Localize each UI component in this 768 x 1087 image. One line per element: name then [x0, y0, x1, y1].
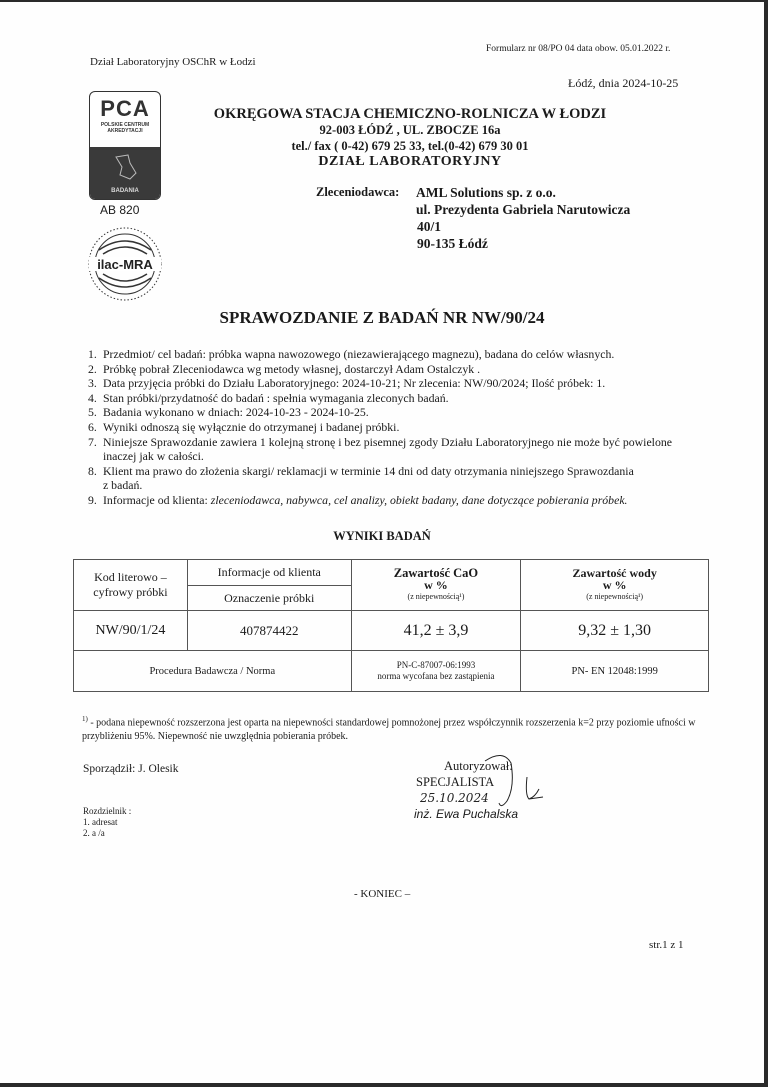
item-text: Wyniki odnoszą się wyłącznie do otrzyman…: [103, 420, 399, 434]
authorizer-name: inż. Ewa Puchalska: [414, 806, 518, 822]
header-sample-mark: Oznaczenie próbki: [187, 586, 351, 611]
item-number: 6.: [88, 420, 97, 435]
cao-norm-code: PN-C-87007-06:1993: [352, 660, 521, 671]
organization-phone: tel./ fax ( 0-42) 679 25 33, tel.(0-42) …: [180, 138, 640, 154]
header-cao: Zawartość CaO w % (z niepewnością¹): [351, 560, 521, 611]
item-number: 3.: [88, 376, 97, 391]
header-water-note: (z niepewnością¹): [521, 591, 708, 603]
client-city: 90-135 Łódź: [417, 235, 630, 252]
header-cao-note: (z niepewnością¹): [352, 591, 521, 603]
item-number: 9.: [88, 493, 97, 508]
pca-logo-subtitle-2: AKREDYTACJI: [90, 128, 160, 134]
department-header: Dział Laboratoryjny OSChR w Łodzi: [90, 56, 256, 68]
distribution-item: 1. adresat: [83, 817, 131, 828]
client-street: ul. Prezydenta Gabriela Narutowicza: [416, 201, 630, 218]
item-number: 1.: [88, 347, 97, 362]
item-italic-text: zleceniodawca, nabywca, cel analizy, obi…: [211, 493, 628, 507]
pca-map-icon: BADANIA: [90, 147, 160, 199]
distribution-label: Rozdzielnik :: [83, 806, 131, 817]
pca-logo: PCA POLSKIE CENTRUM AKREDYTACJI BADANIA: [89, 91, 161, 200]
authorizer-role: SPECJALISTA: [416, 774, 518, 790]
organization-address: 92-003 ŁÓDŹ , UL. ZBOCZE 16a: [180, 122, 640, 138]
header-sample-code: Kod literowo – cyfrowy próbki: [74, 560, 188, 611]
client-label: Zleceniodawca:: [316, 184, 399, 201]
cell-sample-code: NW/90/1/24: [74, 611, 188, 651]
results-title: WYNIKI BADAŃ: [0, 529, 764, 544]
list-item: 4.Stan próbki/przydatność do badań : spe…: [88, 391, 728, 406]
pca-badge-text: BADANIA: [90, 188, 160, 194]
item-text: Próbkę pobrał Zleceniodawca wg metody wł…: [103, 362, 480, 376]
results-table: Kod literowo – cyfrowy próbki Informacje…: [73, 559, 709, 692]
item-text: Przedmiot/ cel badań: próbka wapna nawoz…: [103, 347, 614, 361]
cell-water-value: 9,32 ± 1,30: [521, 611, 709, 651]
cell-sample-mark: 407874422: [187, 611, 351, 651]
list-item: 2. Próbkę pobrał Zleceniodawca wg metody…: [88, 362, 728, 377]
report-title: SPRAWOZDANIE Z BADAŃ NR NW/90/24: [0, 308, 764, 328]
header-water: Zawartość wody w % (z niepewnością¹): [521, 560, 709, 611]
report-items-list: 1.Przedmiot/ cel badań: próbka wapna naw…: [88, 347, 728, 508]
item-text: Niniejsze Sprawozdanie zawiera 1 kolejną…: [103, 435, 672, 464]
prepared-by: Sporządził: J. Olesik: [83, 763, 179, 775]
organization-department: DZIAŁ LABORATORYJNY: [180, 154, 640, 170]
item-text: Stan próbki/przydatność do badań : spełn…: [103, 391, 449, 405]
handwritten-date: 25.10.2024: [420, 790, 518, 806]
item-text: Informacje od klienta:: [103, 493, 211, 507]
header-cao-unit: w %: [352, 579, 521, 591]
footnote-text: - podana niepewność rozszerzona jest opa…: [82, 717, 695, 742]
item-text: Data przyjęcia próbki do Działu Laborato…: [103, 376, 605, 390]
client-address: AML Solutions sp. z o.o. ul. Prezydenta …: [416, 184, 630, 252]
page-number: str.1 z 1: [649, 939, 684, 951]
distribution-item: 2. a /a: [83, 828, 131, 839]
list-item: 9.Informacje od klienta: zleceniodawca, …: [88, 493, 728, 508]
document-page: Dział Laboratoryjny OSChR w Łodzi Formul…: [0, 2, 764, 1083]
item-text: Badania wykonano w dniach: 2024-10-23 - …: [103, 405, 369, 419]
organization-block: OKRĘGOWA STACJA CHEMICZNO-ROLNICZA W ŁOD…: [180, 106, 640, 170]
pca-logo-title: PCA: [90, 96, 160, 122]
place-date: Łódź, dnia 2024-10-25: [568, 76, 678, 91]
header-client-info: Informacje od klienta: [187, 560, 351, 586]
list-item: 8.Klient ma prawo do złożenia skargi/ re…: [88, 464, 728, 493]
header-water-unit: w %: [521, 579, 708, 591]
item-number: 4.: [88, 391, 97, 406]
uncertainty-footnote: 1) - podana niepewność rozszerzona jest …: [82, 712, 722, 744]
item-number: 8.: [88, 464, 97, 479]
accreditation-number: AB 820: [100, 203, 139, 217]
list-item: 1.Przedmiot/ cel badań: próbka wapna naw…: [88, 347, 728, 362]
item-number: 7.: [88, 435, 97, 450]
cell-water-norm: PN- EN 12048:1999: [521, 651, 709, 692]
end-mark: - KONIEC –: [354, 888, 410, 900]
organization-name: OKRĘGOWA STACJA CHEMICZNO-ROLNICZA W ŁOD…: [180, 106, 640, 122]
cell-cao-norm: PN-C-87007-06:1993 norma wycofana bez za…: [351, 651, 521, 692]
cell-procedure-label: Procedura Badawcza / Norma: [74, 651, 352, 692]
client-building: 40/1: [417, 218, 630, 235]
item-text: Klient ma prawo do złożenia skargi/ rekl…: [103, 464, 634, 493]
list-item: 6.Wyniki odnoszą się wyłącznie do otrzym…: [88, 420, 728, 435]
list-item: 3.Data przyjęcia próbki do Działu Labora…: [88, 376, 728, 391]
item-number: 2.: [88, 362, 97, 377]
cao-norm-status: norma wycofana bez zastąpienia: [352, 671, 521, 682]
list-item: 5.Badania wykonano w dniach: 2024-10-23 …: [88, 405, 728, 420]
cell-cao-value: 41,2 ± 3,9: [351, 611, 521, 651]
svg-text:ilac-MRA: ilac-MRA: [97, 257, 153, 272]
distribution-list: Rozdzielnik : 1. adresat 2. a /a: [83, 806, 131, 839]
list-item: 7.Niniejsze Sprawozdanie zawiera 1 kolej…: [88, 435, 728, 464]
form-reference: Formularz nr 08/PO 04 data obow. 05.01.2…: [486, 44, 670, 54]
authorization-block: Autoryzował: SPECJALISTA 25.10.2024 inż.…: [408, 758, 518, 822]
authorized-label: Autoryzował:: [444, 758, 518, 774]
client-name: AML Solutions sp. z o.o.: [416, 184, 630, 201]
ilac-mra-logo-icon: ilac-MRA: [85, 224, 165, 304]
item-number: 5.: [88, 405, 97, 420]
